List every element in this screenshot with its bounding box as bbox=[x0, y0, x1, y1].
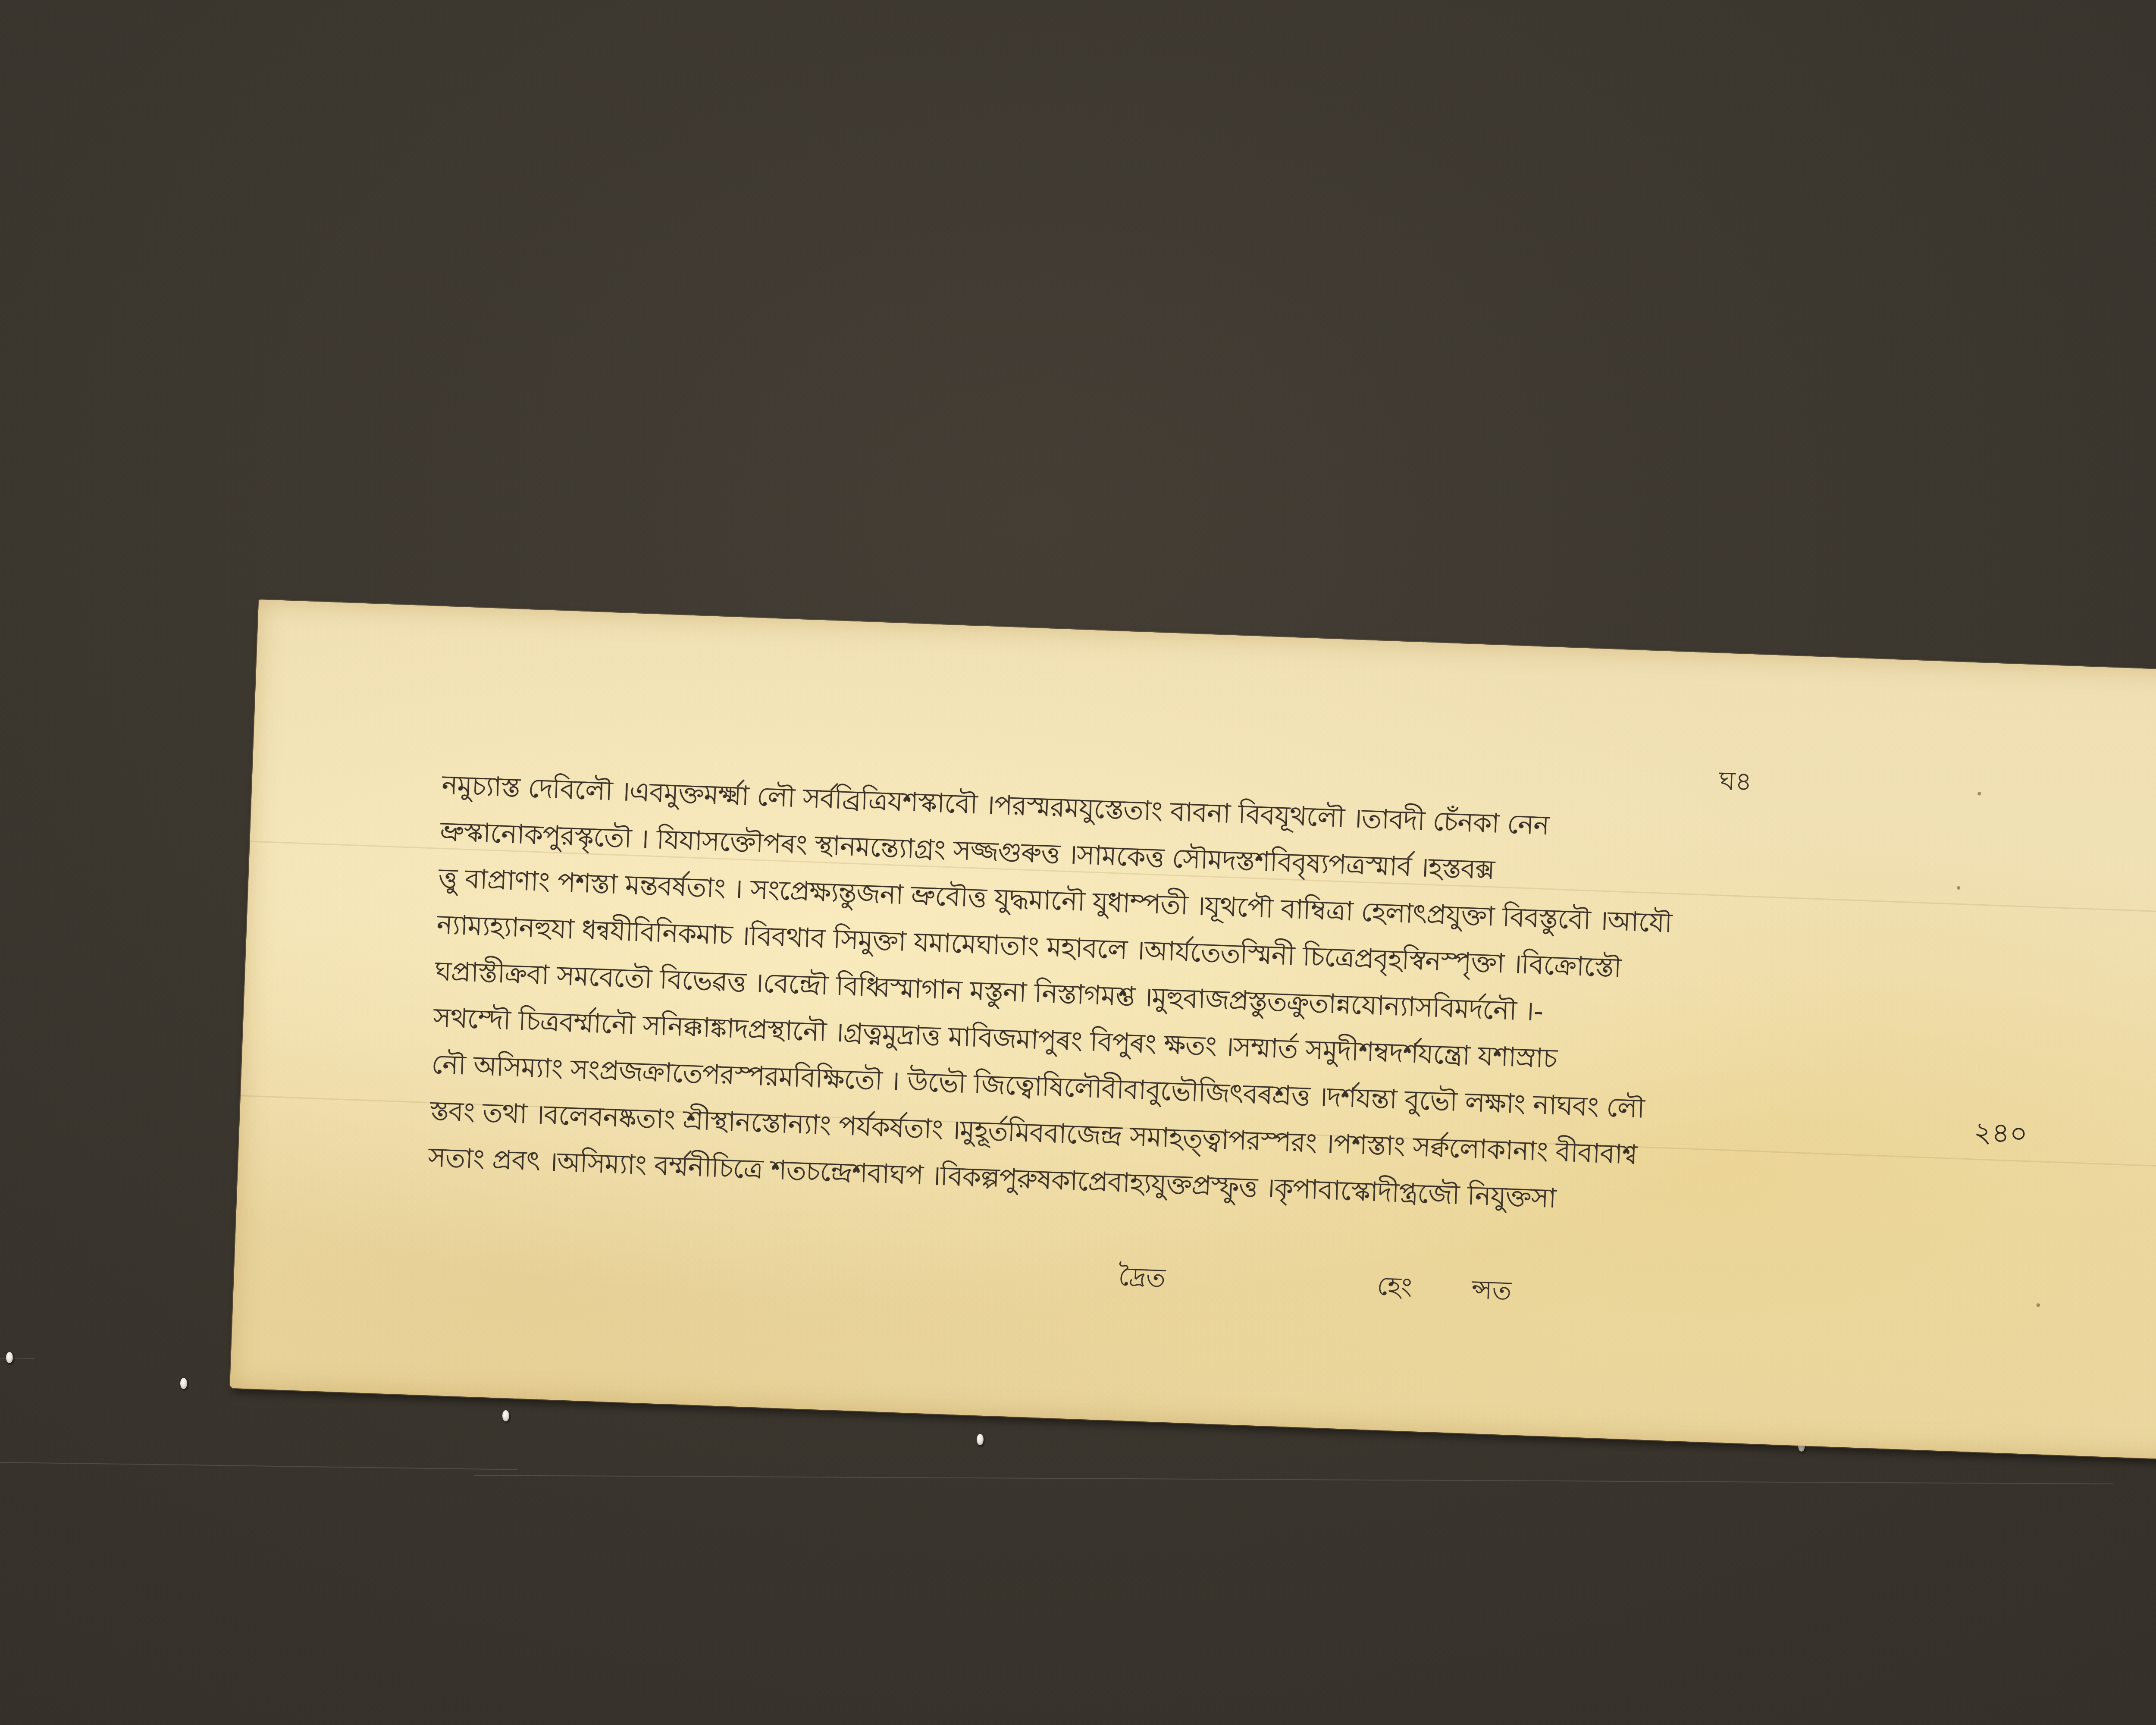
paper-speck bbox=[2037, 1303, 2040, 1307]
bottom-mark: ন্সত bbox=[1471, 1270, 1512, 1314]
bottom-mark: হেং bbox=[1376, 1266, 1413, 1311]
manuscript-text: নমুচ্যাস্ত দেবিলৌ ।এবমুক্তমৰ্ক্ষ্মা লৌ স… bbox=[427, 762, 2046, 1239]
folio-number: ২৪০ bbox=[1973, 1111, 2028, 1160]
paper-speck bbox=[1977, 792, 1981, 795]
pin bbox=[180, 1378, 187, 1389]
header-mark: ঘ৪ bbox=[1718, 761, 1753, 805]
pin bbox=[6, 1352, 13, 1363]
display-board: ঘ৪ নমুচ্যাস্ত দেবিলৌ ।এবমুক্তমৰ্ক্ষ্মা ল… bbox=[0, 0, 2156, 1725]
board-scratch bbox=[0, 1358, 34, 1359]
board-scratch bbox=[474, 1475, 2113, 1484]
manuscript-leaf: ঘ৪ নমুচ্যাস্ত দেবিলৌ ।এবমুক্তমৰ্ক্ষ্মা ল… bbox=[230, 599, 2156, 1460]
pin bbox=[502, 1410, 509, 1421]
bottom-mark: দ্রৈত bbox=[1118, 1257, 1166, 1302]
pin bbox=[977, 1434, 984, 1445]
board-scratch bbox=[0, 1462, 517, 1470]
